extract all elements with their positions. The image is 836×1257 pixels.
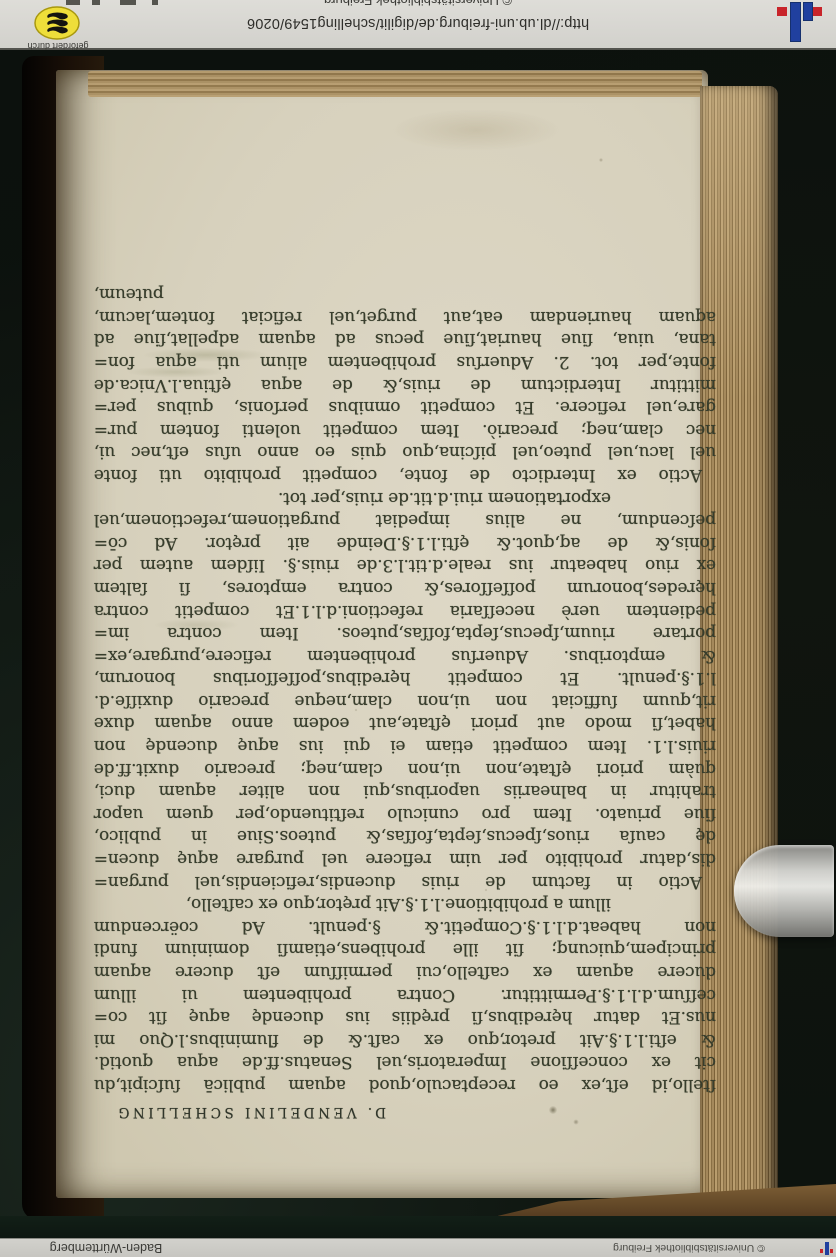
- logo-square: [777, 7, 787, 16]
- page-text-block: D. VENDELINI SCHELLING ſtello,id eſt,ex …: [94, 264, 716, 1124]
- logo-square: [820, 1249, 823, 1253]
- logo-square: [813, 7, 822, 16]
- page-text-line: principem,quicunq; ſit ille prohibens,et…: [94, 938, 716, 961]
- page-text-line: riuis.l.1. Item competit etiam ei qui iu…: [94, 735, 716, 758]
- page-text-line: l.1.§.penult. Et competit hęredibus,poſſ…: [94, 667, 716, 690]
- page-text-line: ceſſum.d.l.1.§.Permittitur. Contra prohi…: [94, 983, 716, 1006]
- page-text-line: puteum,: [94, 283, 716, 306]
- baden-wuerttemberg-coat-of-arms-icon: [34, 6, 80, 40]
- cropped-text-fragment: [120, 0, 136, 5]
- page-text-line: ſonis,& de aq,quot.& ęſti.l.1.§.Deinde a…: [94, 531, 716, 554]
- page-text-line: Actio in factum de riuis ducendis,refici…: [94, 870, 702, 893]
- page-text-line: dę cauſa riuos,ſpecus,ſepta,foſſas,& put…: [94, 825, 716, 848]
- page-text-line: dis,datur prohibito per uim reficere uel…: [94, 847, 716, 870]
- photo-background: D. VENDELINI SCHELLING ſtello,id eſt,ex …: [0, 0, 836, 1257]
- page-text-line: habet,ſi modo aut priori ęſtate,aut eode…: [94, 712, 716, 735]
- page-text-line: ſiue priuato. Item pro cuniculo reſtitue…: [94, 802, 716, 825]
- page-text-line: & emptoribus. Aduerſus prohibentem refic…: [94, 644, 716, 667]
- page-text-line: portare riuum,ſpecus,ſepta,foſſas,puteos…: [94, 622, 716, 645]
- page-text-line: exportationem riui.d.tit.de riuis,per to…: [94, 486, 611, 509]
- page-text-line: Actio ex Interdicto de fonte, competit p…: [94, 463, 702, 486]
- page-holder-clasp: [734, 845, 834, 937]
- page-text-line: quàm priori ęſtate,non ui,non clam,neq; …: [94, 757, 716, 780]
- cropped-text-fragment: [92, 0, 100, 5]
- page-text-line: non habeat.d.l.1.§.Competit.& §.penult. …: [94, 915, 716, 938]
- page-text-line: mittitur Interdictum de riuis,& de aqua …: [94, 373, 716, 396]
- page-text-line: peſcendum, ne alius impediat purgationem…: [94, 509, 716, 532]
- logo-bar: [825, 1242, 829, 1255]
- page-text-line: rit,quum ſufficiat non ui,non clam,neque…: [94, 689, 716, 712]
- page-text-line: aquam hauriendam eat,aut purget,uel refi…: [94, 305, 716, 328]
- page-text-line: nec clam,neq; precariò. Item competit uo…: [94, 418, 716, 441]
- page-text-line: nus.Et datur hęredibus,ſi prędiis ius du…: [94, 1006, 716, 1029]
- page-text-line: & eſti.l.1.§.Ait pretor,quo ex caſt.& de…: [94, 1028, 716, 1051]
- page-text-line: ſtello,id eſt,ex eo receptaculo,quod aqu…: [94, 1073, 716, 1096]
- page-text-line: hęredes,bonorum poſſeſſores,& contra emp…: [94, 576, 716, 599]
- logo-bar: [790, 2, 801, 42]
- page-text-line: pedientem uerè neceſſaria refectioni.d.l…: [94, 599, 716, 622]
- page-text-line: ducere aquam ex caſtello,cui permiſſum e…: [94, 960, 716, 983]
- page-text-line: trahitur in balneariis uaporibus,qui non…: [94, 780, 716, 803]
- ub-freiburg-logo-icon: [748, 0, 828, 46]
- funding-label: gefördert durch: [8, 41, 108, 51]
- screenshot-root: D. VENDELINI SCHELLING ſtello,id eſt,ex …: [0, 0, 836, 1257]
- page-block-top-edge: [88, 71, 702, 97]
- page-text-line: fonte,per tot. 2. Aduerſus prohibentem a…: [94, 350, 716, 373]
- page-text-line: uel lacu,uel puteo,uel piſcina,quo quis …: [94, 441, 716, 464]
- logo-square: [830, 1249, 833, 1253]
- page-text-lines: ſtello,id eſt,ex eo receptaculo,quod aqu…: [94, 283, 716, 1096]
- attribution-footer-bar: Baden-Württemberg © Universitätsbiblioth…: [0, 1238, 836, 1257]
- footer-region-label: Baden-Württemberg: [8, 1241, 204, 1255]
- footer-logo-icon: [820, 1241, 833, 1256]
- page-text-line: gare,uel reficere. Et competit omnibus p…: [94, 396, 716, 419]
- page-text-line: ex riuo habeatur ius reale.d.tit.l.3.de …: [94, 554, 716, 577]
- header-url: http://dl.ub.uni-freiburg.de/digilit/sch…: [0, 15, 836, 31]
- running-head: D. VENDELINI SCHELLING: [94, 1096, 386, 1124]
- logo-bar: [803, 2, 813, 21]
- page-text-line: cit ex conceſſione Imperatoris,uel Senat…: [94, 1051, 716, 1074]
- page-text-line: tana, uiua, ſiue hauriat,ſiue pecus ad a…: [94, 328, 716, 351]
- attribution-header-bar: © Universitätsbibliothek Freiburg http:/…: [0, 0, 836, 50]
- cropped-text-fragment: [152, 0, 158, 5]
- cropped-text-fragment: [66, 0, 80, 5]
- page-text-line: illum a prohibitione.l.1.§.Ait prętor,qu…: [94, 893, 611, 916]
- footer-copyright: © Universitätsbibliothek Freiburg: [548, 1242, 830, 1254]
